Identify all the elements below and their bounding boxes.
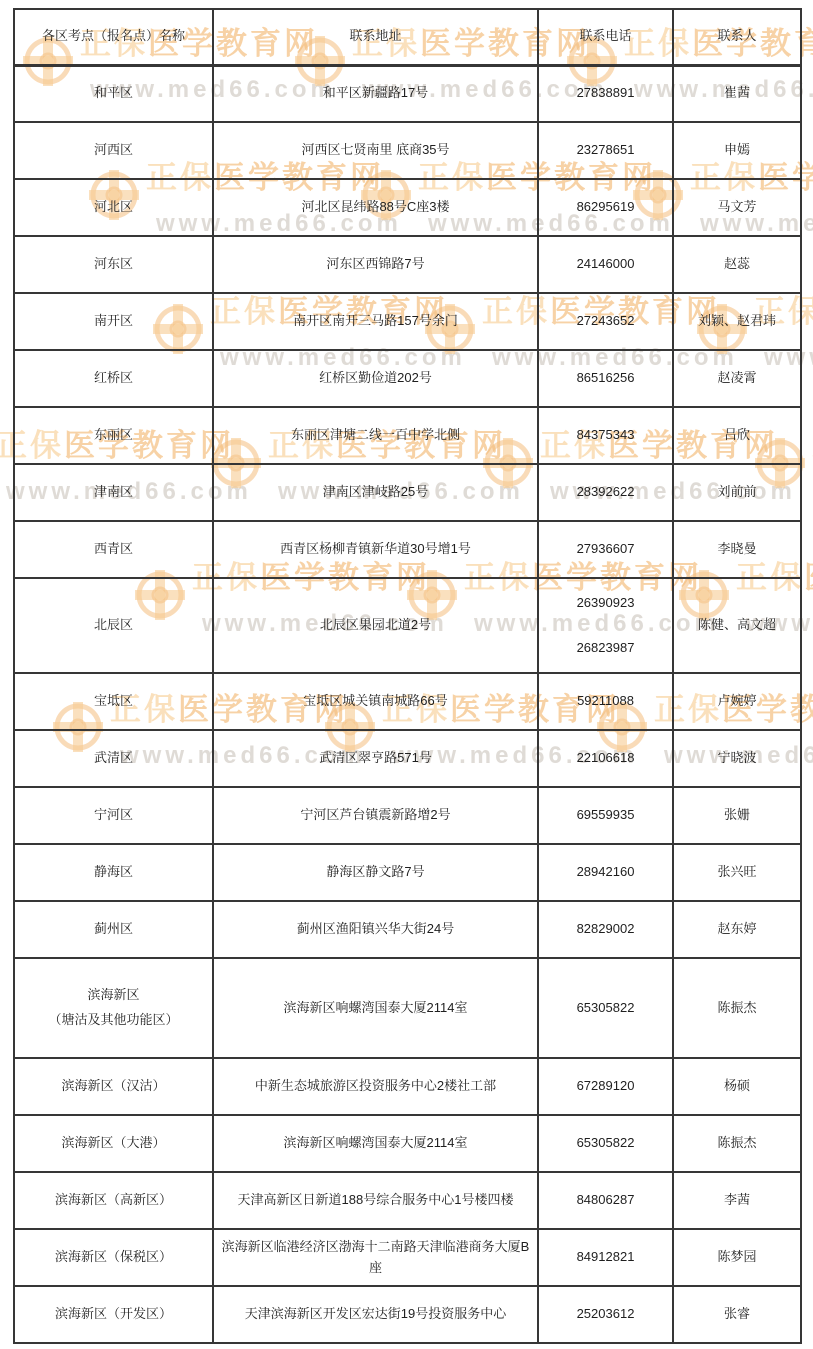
- table-row: 滨海新区 （塘沽及其他功能区）滨海新区响螺湾国泰大厦2114室65305822陈…: [14, 958, 801, 1058]
- cell-phone: 28942160: [538, 844, 673, 901]
- table-row: 东丽区东丽区津塘二线一百中学北侧84375343吕欣: [14, 407, 801, 464]
- cell-district: 河东区: [14, 236, 213, 293]
- table-row: 河东区河东区西锦路7号24146000赵蕊: [14, 236, 801, 293]
- table-row: 武清区武清区翠亨路571号22106618宁晓波: [14, 730, 801, 787]
- cell-contact: 刘前前: [673, 464, 801, 521]
- cell-contact: 陈振杰: [673, 1115, 801, 1172]
- cell-contact: 刘颖、赵君玮: [673, 293, 801, 350]
- cell-address: 红桥区勤俭道202号: [213, 350, 538, 407]
- cell-address: 静海区静文路7号: [213, 844, 538, 901]
- cell-district: 滨海新区（汉沽）: [14, 1058, 213, 1115]
- cell-contact: 张姗: [673, 787, 801, 844]
- cell-phone: 82829002: [538, 901, 673, 958]
- cell-address: 天津高新区日新道188号综合服务中心1号楼四楼: [213, 1172, 538, 1229]
- cell-district: 滨海新区（大港）: [14, 1115, 213, 1172]
- cell-contact: 李晓曼: [673, 521, 801, 578]
- cell-phone: 65305822: [538, 958, 673, 1058]
- table-row: 红桥区红桥区勤俭道202号86516256赵凌霄: [14, 350, 801, 407]
- cell-contact: 杨硕: [673, 1058, 801, 1115]
- column-header-address: 联系地址: [213, 9, 538, 65]
- cell-phone: 24146000: [538, 236, 673, 293]
- table-row: 滨海新区（高新区）天津高新区日新道188号综合服务中心1号楼四楼84806287…: [14, 1172, 801, 1229]
- cell-contact: 申嫣: [673, 122, 801, 179]
- cell-address: 河北区昆纬路88号C座3楼: [213, 179, 538, 236]
- cell-address: 西青区杨柳青镇新华道30号增1号: [213, 521, 538, 578]
- cell-district: 津南区: [14, 464, 213, 521]
- cell-address: 津南区津岐路25号: [213, 464, 538, 521]
- cell-phone: 84375343: [538, 407, 673, 464]
- cell-contact: 李茜: [673, 1172, 801, 1229]
- table-row: 滨海新区（大港）滨海新区响螺湾国泰大厦2114室65305822陈振杰: [14, 1115, 801, 1172]
- table-row: 北辰区北辰区果园北道2号26390923 26823987陈健、高文超: [14, 578, 801, 673]
- column-header-phone: 联系电话: [538, 9, 673, 65]
- cell-contact: 陈健、高文超: [673, 578, 801, 673]
- cell-district: 红桥区: [14, 350, 213, 407]
- column-header-district: 各区考点（报名点）名称: [14, 9, 213, 65]
- cell-address: 东丽区津塘二线一百中学北侧: [213, 407, 538, 464]
- cell-contact: 卢婉婷: [673, 673, 801, 730]
- cell-address: 南开区南开三马路157号余门: [213, 293, 538, 350]
- cell-district: 静海区: [14, 844, 213, 901]
- cell-district: 南开区: [14, 293, 213, 350]
- cell-district: 东丽区: [14, 407, 213, 464]
- cell-address: 滨海新区响螺湾国泰大厦2114室: [213, 1115, 538, 1172]
- table-row: 南开区南开区南开三马路157号余门27243652刘颖、赵君玮: [14, 293, 801, 350]
- cell-phone: 86295619: [538, 179, 673, 236]
- table-row: 河北区河北区昆纬路88号C座3楼86295619马文芳: [14, 179, 801, 236]
- table-row: 蓟州区蓟州区渔阳镇兴华大街24号82829002赵东婷: [14, 901, 801, 958]
- cell-phone: 23278651: [538, 122, 673, 179]
- cell-contact: 马文芳: [673, 179, 801, 236]
- cell-address: 北辰区果园北道2号: [213, 578, 538, 673]
- cell-contact: 吕欣: [673, 407, 801, 464]
- cell-contact: 赵蕊: [673, 236, 801, 293]
- cell-phone: 22106618: [538, 730, 673, 787]
- cell-address: 河东区西锦路7号: [213, 236, 538, 293]
- cell-district: 宝坻区: [14, 673, 213, 730]
- cell-district: 滨海新区 （塘沽及其他功能区）: [14, 958, 213, 1058]
- cell-address: 滨海新区临港经济区渤海十二南路天津临港商务大厦B座: [213, 1229, 538, 1286]
- cell-address: 滨海新区响螺湾国泰大厦2114室: [213, 958, 538, 1058]
- cell-phone: 59211088: [538, 673, 673, 730]
- cell-address: 和平区新疆路17号: [213, 65, 538, 122]
- table-row: 河西区河西区七贤南里 底商35号23278651申嫣: [14, 122, 801, 179]
- table-row: 滨海新区（开发区）天津滨海新区开发区宏达街19号投资服务中心25203612张睿: [14, 1286, 801, 1343]
- cell-phone: 67289120: [538, 1058, 673, 1115]
- cell-address: 中新生态城旅游区投资服务中心2楼社工部: [213, 1058, 538, 1115]
- cell-address: 宁河区芦台镇震新路增2号: [213, 787, 538, 844]
- cell-district: 西青区: [14, 521, 213, 578]
- table-row: 滨海新区（保税区）滨海新区临港经济区渤海十二南路天津临港商务大厦B座849128…: [14, 1229, 801, 1286]
- cell-phone: 65305822: [538, 1115, 673, 1172]
- table-row: 西青区西青区杨柳青镇新华道30号增1号27936607李晓曼: [14, 521, 801, 578]
- cell-contact: 陈梦园: [673, 1229, 801, 1286]
- cell-address: 蓟州区渔阳镇兴华大街24号: [213, 901, 538, 958]
- cell-phone: 27936607: [538, 521, 673, 578]
- cell-district: 河北区: [14, 179, 213, 236]
- contact-table-page: 正保医学教育网www.med66.com正保医学教育网www.med66.com…: [0, 0, 813, 1349]
- cell-contact: 张睿: [673, 1286, 801, 1343]
- cell-phone: 27243652: [538, 293, 673, 350]
- cell-district: 河西区: [14, 122, 213, 179]
- cell-address: 河西区七贤南里 底商35号: [213, 122, 538, 179]
- cell-address: 宝坻区城关镇南城路66号: [213, 673, 538, 730]
- cell-district: 武清区: [14, 730, 213, 787]
- district-contacts-table: 各区考点（报名点）名称 联系地址 联系电话 联系人 和平区和平区新疆路17号27…: [13, 8, 802, 1344]
- cell-district: 滨海新区（开发区）: [14, 1286, 213, 1343]
- table-row: 津南区津南区津岐路25号28392622刘前前: [14, 464, 801, 521]
- table-header-row: 各区考点（报名点）名称 联系地址 联系电话 联系人: [14, 9, 801, 65]
- cell-phone: 26390923 26823987: [538, 578, 673, 673]
- table-row: 滨海新区（汉沽）中新生态城旅游区投资服务中心2楼社工部67289120杨硕: [14, 1058, 801, 1115]
- cell-contact: 赵东婷: [673, 901, 801, 958]
- cell-address: 武清区翠亨路571号: [213, 730, 538, 787]
- cell-district: 和平区: [14, 65, 213, 122]
- column-header-contact: 联系人: [673, 9, 801, 65]
- cell-phone: 28392622: [538, 464, 673, 521]
- table-row: 和平区和平区新疆路17号27838891崔茜: [14, 65, 801, 122]
- cell-district: 宁河区: [14, 787, 213, 844]
- cell-phone: 27838891: [538, 65, 673, 122]
- cell-contact: 陈振杰: [673, 958, 801, 1058]
- cell-phone: 84912821: [538, 1229, 673, 1286]
- table-row: 宁河区宁河区芦台镇震新路增2号69559935张姗: [14, 787, 801, 844]
- cell-district: 蓟州区: [14, 901, 213, 958]
- cell-phone: 69559935: [538, 787, 673, 844]
- table-row: 静海区静海区静文路7号28942160张兴旺: [14, 844, 801, 901]
- cell-phone: 84806287: [538, 1172, 673, 1229]
- cell-district: 滨海新区（保税区）: [14, 1229, 213, 1286]
- cell-address: 天津滨海新区开发区宏达街19号投资服务中心: [213, 1286, 538, 1343]
- cell-contact: 崔茜: [673, 65, 801, 122]
- cell-district: 北辰区: [14, 578, 213, 673]
- cell-contact: 赵凌霄: [673, 350, 801, 407]
- table-row: 宝坻区宝坻区城关镇南城路66号59211088卢婉婷: [14, 673, 801, 730]
- cell-contact: 张兴旺: [673, 844, 801, 901]
- cell-district: 滨海新区（高新区）: [14, 1172, 213, 1229]
- cell-contact: 宁晓波: [673, 730, 801, 787]
- cell-phone: 25203612: [538, 1286, 673, 1343]
- cell-phone: 86516256: [538, 350, 673, 407]
